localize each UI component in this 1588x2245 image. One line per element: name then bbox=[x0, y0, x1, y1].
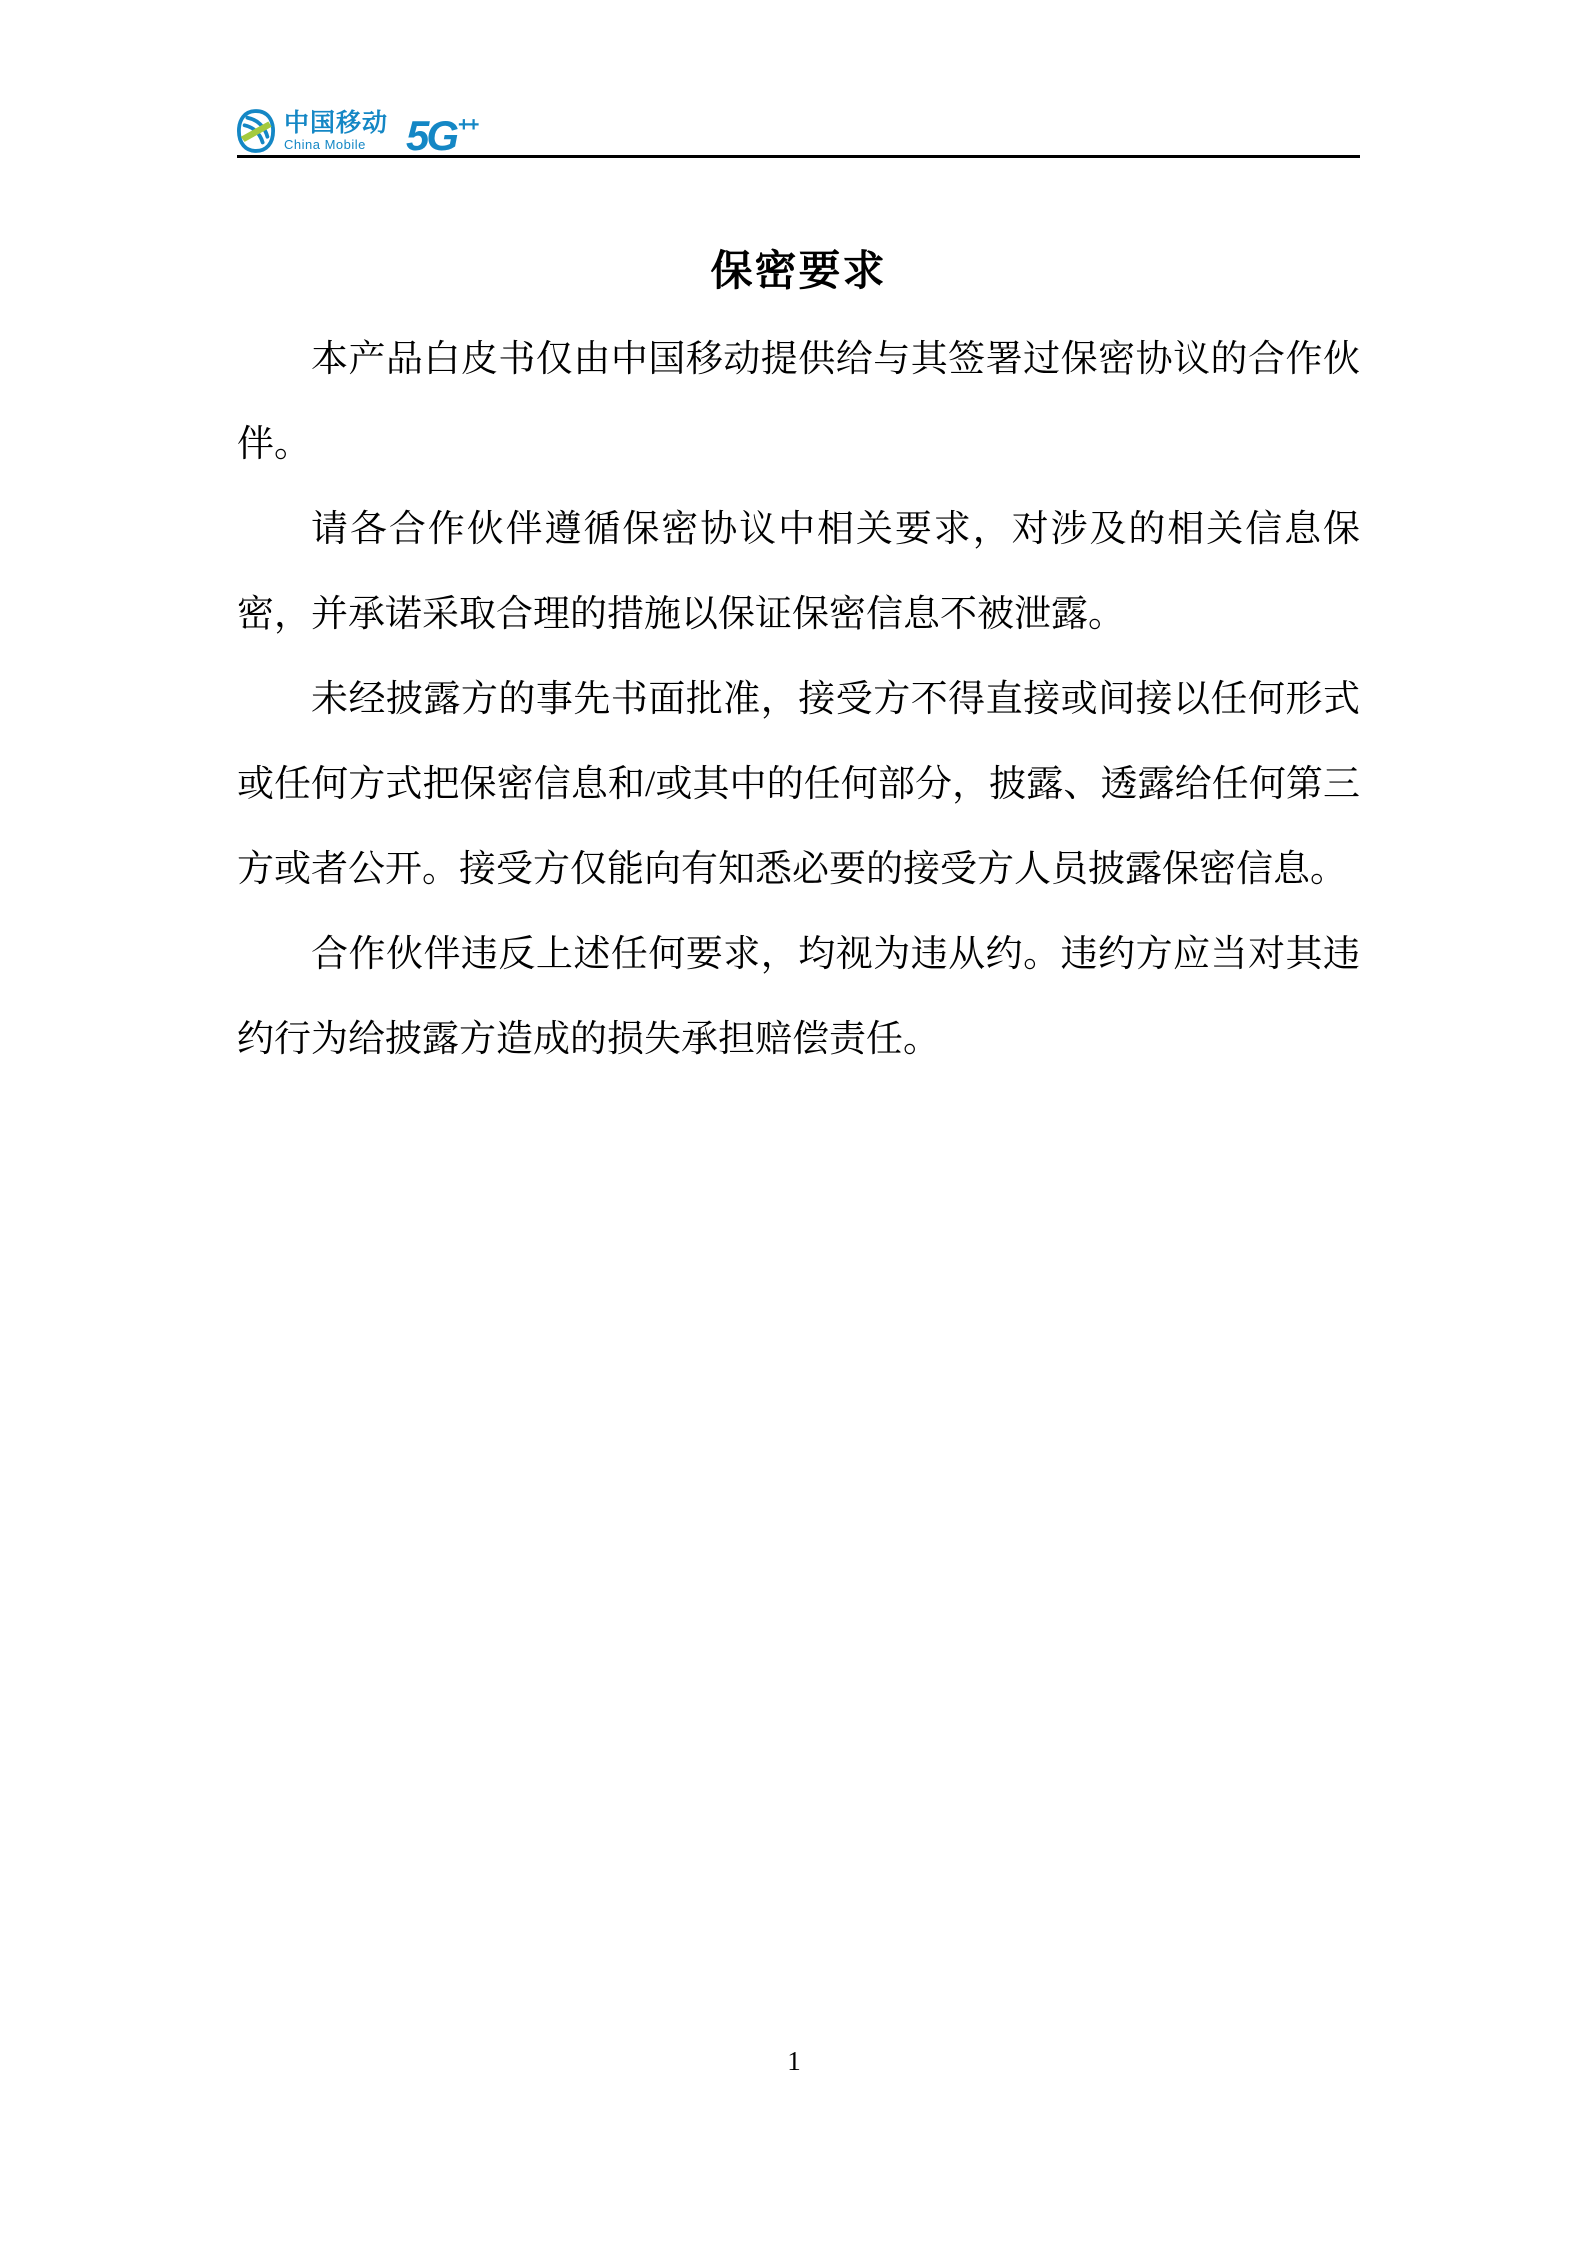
body-paragraph-3: 未经披露方的事先书面批准，接受方不得直接或间接以任何形式或任何方式把保密信息和/… bbox=[237, 657, 1360, 912]
document-body: 本产品白皮书仅由中国移动提供给与其签署过保密协议的合作伙伴。 请各合作伙伴遵循保… bbox=[237, 317, 1360, 1082]
body-paragraph-2: 请各合作伙伴遵循保密协议中相关要求，对涉及的相关信息保密，并承诺采取合理的措施以… bbox=[237, 487, 1360, 657]
document-content: 保密要求 本产品白皮书仅由中国移动提供给与其签署过保密协议的合作伙伴。 请各合作… bbox=[237, 246, 1360, 1082]
page-footer: 1 bbox=[0, 2046, 1588, 2077]
brand-wordmark: 中国移动 China Mobile bbox=[284, 111, 388, 151]
brand-name-cn: 中国移动 bbox=[284, 111, 388, 136]
brand-name-en: China Mobile bbox=[284, 138, 388, 151]
page-header: 中国移动 China Mobile 5G++ bbox=[237, 108, 1360, 158]
badge-5g-plus: ++ bbox=[458, 114, 477, 136]
china-mobile-logo: 中国移动 China Mobile 5G++ bbox=[237, 108, 475, 154]
badge-5g-icon: 5G++ bbox=[406, 107, 475, 158]
china-mobile-swirl-icon bbox=[237, 109, 275, 153]
badge-5g-text: 5G bbox=[406, 112, 456, 159]
body-paragraph-1: 本产品白皮书仅由中国移动提供给与其签署过保密协议的合作伙伴。 bbox=[237, 317, 1360, 487]
body-paragraph-4: 合作伙伴违反上述任何要求，均视为违从约。违约方应当对其违约行为给披露方造成的损失… bbox=[237, 912, 1360, 1082]
page-number: 1 bbox=[787, 2046, 801, 2076]
page-title: 保密要求 bbox=[237, 246, 1360, 296]
document-page: 中国移动 China Mobile 5G++ 保密要求 本产品白皮书仅由中国移动… bbox=[0, 0, 1588, 2245]
